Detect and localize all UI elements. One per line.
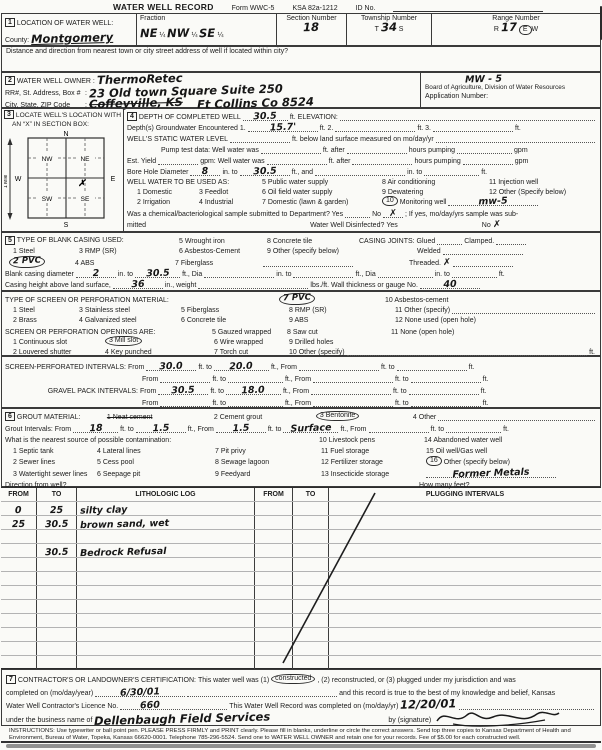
ksa-statute: KSA 82a-1212: [292, 5, 337, 12]
use-option-9: 9 Dewatering: [382, 189, 487, 196]
blank: [378, 271, 433, 278]
distance-box: Distance and direction from nearest town…: [1, 46, 601, 72]
openings-option-7: 7 Torch cut: [214, 349, 287, 356]
ft-to: ft. to: [431, 426, 445, 433]
use-option-3: 3 Feedlot: [199, 189, 260, 196]
ft-unit: ft.: [503, 426, 509, 433]
use-option-11: 11 Injection well: [489, 179, 538, 186]
blank: [228, 400, 283, 407]
contam-option-4: 4 Lateral lines: [97, 448, 213, 455]
use-option-7: 7 Domestic (lawn & garden): [262, 199, 380, 206]
in-to: in. to: [276, 271, 291, 278]
completed-date-blank: 6/30/01: [95, 690, 185, 697]
section6-number: 6: [5, 412, 15, 421]
depth-row: 4DEPTH OF COMPLETED WELL30.5ft.ELEVATION…: [127, 110, 597, 121]
grout-title: GROUT MATERIAL:: [17, 414, 105, 421]
casing-row-1: 5 TYPE OF BLANK CASING USED:5 Wrought ir…: [5, 234, 597, 245]
section-depth: 4DEPTH OF COMPLETED WELL30.5ft.ELEVATION…: [123, 108, 601, 232]
no-label: No: [482, 222, 491, 229]
bore-dia-value: 8: [202, 166, 209, 176]
from: From: [142, 376, 158, 383]
blank: [411, 376, 481, 383]
licence-blank: 660: [120, 703, 180, 710]
fraction-cell: Fraction NE¼NW¼SE¼: [136, 14, 276, 45]
hours-pumping: hours pumping: [409, 147, 455, 154]
static-level-suffix: ft. below land surface measured on mo/da…: [292, 136, 434, 143]
log-header-from: FROM: [1, 488, 37, 501]
ft-after: ft. after: [323, 147, 345, 154]
application-number-label: Application Number:: [425, 93, 596, 100]
casing-option-8: 8 Concrete tile: [267, 238, 357, 245]
openings-title: SCREEN OR PERFORATION OPENINGS ARE:: [5, 329, 210, 336]
contamination-question-row: What is the nearest source of possible c…: [5, 433, 597, 444]
screen-option-12: 12 None used (open hole): [395, 317, 476, 324]
static-level-label: WELL'S STATIC WATER LEVEL: [127, 136, 228, 143]
casing-option-6: 6 Asbestos-Cement: [179, 248, 265, 255]
county-value: Montgomery: [31, 31, 113, 45]
groundwater-label: Depth(s) Groundwater Encountered: [127, 125, 238, 132]
use-option-5: 5 Public water supply: [262, 179, 380, 186]
ft-unit: ft.: [483, 376, 489, 383]
casing-option-3: 3 RMP (SR): [79, 248, 177, 255]
licence-label: Water Well Contractor's Licence No.: [6, 703, 118, 710]
blank: [347, 147, 407, 154]
blank: [160, 400, 210, 407]
sample-no-mark: ✗: [389, 208, 397, 218]
ft-to: ft. to: [395, 376, 409, 383]
contam-option-10: 10 Livestock pens: [319, 437, 422, 444]
in-to: in. to: [118, 271, 133, 278]
blank: [463, 158, 513, 165]
screen-material-title: TYPE OF SCREEN OR PERFORATION MATERIAL:: [5, 297, 277, 304]
range-r: R: [494, 26, 499, 33]
screen-option-4: 4 Galvanized steel: [79, 317, 179, 324]
yield-mid: gpm: Well water was: [200, 158, 264, 165]
section-number-value: 18: [303, 22, 319, 34]
log-row-1: 025silty clay: [1, 501, 601, 515]
sample-no-blank: ✗: [383, 211, 403, 218]
grout-intervals-row: Grout Intervals: From18ft. to1.5ft., Fro…: [5, 421, 597, 433]
bore-hole-label: Bore Hole Diameter: [127, 169, 188, 176]
quarter-glyph: ¼: [159, 32, 165, 39]
openings-row-1: SCREEN OR PERFORATION OPENINGS ARE:5 Gau…: [5, 324, 597, 336]
hours-pumping: hours pumping: [414, 158, 460, 165]
yield-label: Est. Yield: [127, 158, 156, 165]
bore-depth-value: 30.5: [253, 166, 277, 176]
openings-option-3-circled: 3 Mill slot: [105, 336, 142, 346]
blank: [299, 364, 379, 371]
casing-option-9: 9 Other (specify below): [267, 248, 357, 255]
well-x-mark: ✗: [78, 178, 87, 188]
blank: [438, 414, 595, 421]
use-row-2: 1 Domestic3 Feedlot6 Oil field water sup…: [127, 186, 597, 196]
yes-label: Yes: [386, 222, 397, 229]
map-east-label: E: [111, 176, 116, 183]
map-nw-label: NW: [42, 156, 54, 163]
ft-to: ft. to: [393, 388, 407, 395]
range-east-circled: E: [519, 25, 532, 35]
ft-from: ft., From: [271, 364, 297, 371]
blank: [198, 282, 308, 289]
screen-option-8: 8 RMP (SR): [289, 307, 393, 314]
map-north-label: N: [63, 131, 68, 138]
blank: [340, 114, 595, 121]
casing-height-row: Casing height above land surface,36in., …: [5, 278, 597, 289]
blank: [369, 426, 429, 433]
cert-text-1: This water well was (1): [198, 677, 269, 684]
use-option-2: 2 Irrigation: [137, 199, 197, 206]
elevation-label: ELEVATION:: [298, 114, 338, 121]
pump-test-label: Pump test data: Well water was: [161, 147, 259, 154]
sample-row: Was a chemical/bacteriological sample su…: [127, 206, 597, 218]
casing-row-2: 1 Steel3 RMP (SR)6 Asbestos-Cement9 Othe…: [5, 245, 597, 255]
owner-label: WATER WELL OWNER :: [17, 78, 95, 85]
contamination-row-1: 1 Septic tank4 Lateral lines7 Pit privy1…: [5, 444, 597, 455]
gpm-unit: gpm: [514, 147, 528, 154]
blank: [313, 400, 393, 407]
business-name-value: Dellenbaugh Field Services: [94, 709, 324, 727]
casing-option-1: 1 Steel: [13, 248, 77, 255]
casing-len-value: 30.5: [146, 268, 170, 278]
use-title: WELL WATER TO BE USED AS:: [127, 179, 260, 186]
ft-unit: ft.: [483, 400, 489, 407]
grout-option-4: 4 Other: [413, 414, 436, 421]
casing-joints-label: CASING JOINTS: Glued: [359, 238, 435, 245]
contamination-row-2: 2 Sewer lines5 Cess pool8 Sewage lagoon1…: [5, 455, 597, 466]
yield-row: Est. Yieldgpm: Well water wasft. afterho…: [127, 154, 597, 165]
range-west: W: [532, 26, 539, 33]
gp-to-value: 18.0: [242, 385, 266, 395]
form-number: Form WWC-5: [232, 5, 275, 12]
blank: [267, 158, 327, 165]
use-option-10-label: Monitoring well: [400, 199, 447, 206]
ft-dia: ft., Dia: [355, 271, 375, 278]
section-owner: 2WATER WELL OWNER :ThermoRetec RR#, St. …: [1, 72, 601, 108]
section-map-box: 3LOCATE WELL'S LOCATION WITH AN “X” IN S…: [1, 108, 124, 232]
ft-from: ft., From: [340, 426, 366, 433]
gw1-value: 15.7': [269, 122, 296, 132]
casing-dia-value: 2: [92, 268, 99, 278]
blank: [446, 426, 501, 433]
ft-unit: ft.: [481, 169, 487, 176]
ft-unit: ft.: [515, 125, 521, 132]
blank: [453, 260, 513, 267]
openings-option-5: 5 Gauzed wrapped: [212, 329, 285, 336]
log-to: 30.5: [45, 519, 69, 529]
contam-option-8: 8 Sewage lagoon: [215, 459, 319, 466]
ft-unit: ft.: [469, 364, 475, 371]
cert-row-1: 7CONTRACTOR'S OR LANDOWNER'S CERTIFICATI…: [6, 672, 596, 684]
screen-material-row-2: 1 Steel3 Stainless steel5 Fiberglass8 RM…: [5, 304, 597, 314]
ft-from: ft., From: [285, 400, 311, 407]
gravel-pack-row-2: Fromft. toft., Fromft. toft.: [5, 395, 597, 407]
log-row-9: [1, 613, 601, 627]
casing-option-7: 7 Fiberglass: [175, 260, 261, 267]
contam-option-16-label: Other (specify below): [444, 459, 510, 466]
log-row-8: [1, 599, 601, 613]
range-value: 17: [501, 22, 517, 34]
ft-to: ft. to: [268, 426, 282, 433]
township-s: S: [399, 26, 404, 33]
log-row-12: [1, 655, 601, 669]
screen-option-2: 2 Brass: [13, 317, 77, 324]
use-option-6: 6 Oil field water supply: [262, 189, 380, 196]
section2-number: 2: [5, 76, 15, 85]
screen-intervals-row-1: SCREEN-PERFORATED INTERVALS:From30.0ft. …: [5, 359, 597, 371]
gw1-label: 1.: [240, 125, 246, 132]
blank: [230, 136, 290, 143]
scan-edge-bottom: [6, 744, 596, 748]
from: From: [140, 388, 156, 395]
in-to: in. to: [222, 169, 237, 176]
ft-from: ft., From: [188, 426, 214, 433]
gpm-unit: gpm: [515, 158, 529, 165]
openings-option-6: 6 Wire wrapped: [214, 339, 287, 346]
blank: [311, 388, 391, 395]
address-label: RR#, St. Address, Box #: [5, 90, 83, 97]
section7-number: 7: [6, 675, 16, 684]
disinfected-label: Water Well Disinfected?: [310, 222, 384, 229]
disinfected-row: mittedWater Well Disinfected?YesNo✗: [127, 218, 597, 229]
blank: [313, 376, 393, 383]
log-row-10: [1, 627, 601, 641]
screen-material-row-3: 2 Brass4 Galvanized steel6 Concrete tile…: [5, 314, 597, 324]
use-option-1: 1 Domestic: [137, 189, 197, 196]
log-row-4: 30.5Bedrock Refusal: [1, 543, 601, 557]
log-desc: silty clay: [80, 505, 128, 516]
ft-and: ft., and: [292, 169, 313, 176]
contam-option-11: 11 Fuel storage: [321, 448, 424, 455]
openings-option-8: 8 Saw cut: [287, 329, 389, 336]
signature-label: by (signature): [388, 717, 431, 724]
grout-option-1-struck: 1 Neat cement: [107, 414, 212, 421]
monitoring-id-value: mw-5: [479, 196, 509, 207]
log-desc: Bedrock Refusal: [80, 546, 167, 558]
casing-height-label: Casing height above land surface,: [5, 282, 111, 289]
openings-row-2: 1 Continuous slot3 Mill slot6 Wire wrapp…: [5, 336, 597, 346]
contam-option-15: 15 Oil well/Gas well: [426, 448, 487, 455]
section4-number: 4: [127, 112, 137, 121]
use-option-4: 4 Industrial: [199, 199, 260, 206]
ft-from: ft., From: [283, 388, 309, 395]
grout-material-row: 6GROUT MATERIAL:1 Neat cement2 Cement gr…: [5, 410, 597, 421]
grout-intervals-label: Grout Intervals: From: [5, 426, 71, 433]
distance-question: Distance and direction from nearest town…: [6, 48, 288, 55]
contam-option-9: 9 Feedyard: [215, 471, 319, 478]
gw3-label: ft. 3.: [417, 125, 431, 132]
blank: [315, 169, 405, 176]
blank: [457, 147, 512, 154]
blank: [158, 158, 198, 165]
from: From: [128, 364, 144, 371]
ft-unit: ft.: [589, 349, 595, 356]
screen-intervals-label: SCREEN-PERFORATED INTERVALS:: [5, 364, 126, 371]
blank: [443, 248, 523, 255]
fraction-label: Fraction: [140, 15, 273, 22]
log-row-6: [1, 571, 601, 585]
static-level-row: WELL'S STATIC WATER LEVELft. below land …: [127, 132, 597, 143]
use-option-8: 8 Air conditioning: [382, 179, 487, 186]
gp-to-blank: 18.0: [226, 388, 281, 395]
blank: [228, 376, 283, 383]
section-casing: 5 TYPE OF BLANK CASING USED:5 Wrought ir…: [1, 232, 601, 291]
ft-to: ft. to: [210, 388, 224, 395]
bore-dia-blank: 8: [190, 169, 220, 176]
gravel-pack-label: GRAVEL PACK INTERVALS:: [5, 388, 138, 395]
fraction-2: NW: [167, 27, 190, 39]
blank: [160, 376, 210, 383]
quarter-glyph: ¼: [192, 32, 198, 39]
instructions-line-1: INSTRUCTIONS: Use typewriter or ball poi…: [9, 728, 593, 735]
openings-option-4: 4 Key punched: [105, 349, 212, 356]
blank: [261, 147, 321, 154]
cert-row-2: completed on (mo/day/year)6/30/01and thi…: [6, 684, 596, 697]
blank: [433, 125, 513, 132]
section-grout: 6GROUT MATERIAL:1 Neat cement2 Cement gr…: [1, 408, 601, 487]
contamination-question: What is the nearest source of possible c…: [5, 437, 317, 444]
casing-option-4: 4 ABS: [75, 260, 173, 267]
township-cell: Township Number T 34 S: [346, 14, 431, 45]
fraction-3: SE: [199, 27, 215, 39]
contam-option-13: 13 Insecticide storage: [321, 471, 424, 478]
log-from: 25: [12, 519, 25, 529]
welded-label: Welded: [417, 248, 441, 255]
map-se-label: SE: [81, 196, 90, 203]
casing-option-2-circled: 2 PVC: [9, 255, 45, 267]
contam-other-value: Former Metals: [452, 467, 529, 479]
township-value: 34: [381, 22, 397, 34]
log-row-5: [1, 557, 601, 571]
lithologic-log-table: FROM TO LITHOLOGIC LOG FROM TO PLUGGING …: [1, 487, 601, 669]
blank: [409, 388, 479, 395]
instructions-footer: INSTRUCTIONS: Use typewriter or ball poi…: [1, 726, 601, 743]
section1-title: LOCATION OF WATER WELL:: [17, 20, 113, 27]
weight-label: in., weight: [165, 282, 197, 289]
ft-unit: ft.: [481, 388, 487, 395]
map-ne-label: NE: [80, 156, 90, 163]
sp-to-value: 20.0: [230, 361, 254, 371]
ft-to: ft. to: [212, 400, 226, 407]
groundwater-row: Depth(s) Groundwater Encountered1.15.7'f…: [127, 121, 597, 132]
casing-diameter-row: Blank casing diameter2in. to30.5ft., Dia…: [5, 267, 597, 278]
blank: [424, 169, 479, 176]
contam-option-7: 7 Pit privy: [215, 448, 319, 455]
ft-from: ft., From: [285, 376, 311, 383]
map-sw-label: SW: [42, 196, 53, 203]
screen-option-7-circled: 7 PVC: [279, 292, 315, 304]
map-west-label: W: [15, 176, 22, 183]
log-row-7: [1, 585, 601, 599]
colon: :: [85, 90, 87, 97]
from: From: [142, 400, 158, 407]
grout3-blank: 1.5: [216, 426, 266, 433]
range-cell: Range Number R 17 EW: [431, 14, 600, 45]
completed-on-label: completed on (mo/day/year): [6, 690, 93, 697]
blank: [452, 307, 595, 314]
clamped-label: Clamped.: [464, 238, 494, 245]
grout2-blank: 1.5: [136, 426, 186, 433]
contam-option-14: 14 Abandoned water well: [424, 437, 502, 444]
log-desc: brown sand, wet: [80, 518, 169, 530]
log-to: 30.5: [45, 547, 69, 557]
grout-option-2: 2 Cement grout: [214, 414, 314, 421]
blank: [496, 238, 526, 245]
record-date-value: 12/20/01: [400, 698, 457, 711]
openings-row-3: 2 Louvered shutter4 Key punched7 Torch c…: [5, 346, 597, 356]
casing-dia-blank: 2: [76, 271, 116, 278]
log-header-row: FROM TO LITHOLOGIC LOG FROM TO PLUGGING …: [1, 488, 601, 501]
section5-number: 5: [5, 236, 15, 245]
no-label: No: [372, 211, 381, 218]
log-header-to: TO: [37, 488, 77, 501]
log-header-log: LITHOLOGIC LOG: [77, 488, 255, 501]
business-name-label: under the business name of: [6, 717, 92, 724]
contamination-row-3: 3 Watertight sewer lines6 Seepage pit9 F…: [5, 466, 597, 478]
grout4-blank: Surface: [283, 426, 338, 433]
cert-title: CONTRACTOR'S OR LANDOWNER'S CERTIFICATIO…: [18, 677, 196, 684]
cert-text-2: , (2) reconstructed, or (3) plugged unde…: [317, 677, 515, 684]
form-header: WATER WELL RECORD Form WWC-5 KSA 82a-121…: [0, 2, 602, 12]
casing-height-value: 36: [131, 279, 145, 289]
bore-hole-row: Bore Hole Diameter8in. to30.5ft., andin.…: [127, 165, 597, 176]
quarter-glyph: ¼: [218, 32, 224, 39]
use-option-10-circled: 10: [382, 196, 398, 206]
log-header-to2: TO: [293, 488, 329, 501]
contam-other-blank: Former Metals: [426, 471, 556, 478]
openings-option-9: 9 Drilled holes: [289, 339, 333, 346]
gp-from-value: 30.5: [171, 385, 195, 395]
screen-option-5: 5 Fiberglass: [181, 307, 287, 314]
log-row-11: [1, 641, 601, 655]
grout-option-3-circled: 3 Bentonite: [316, 411, 359, 421]
mitted-label: mitted: [127, 222, 146, 229]
screen-option-3: 3 Stainless steel: [79, 307, 179, 314]
blank: [345, 211, 370, 218]
gw1-blank: 15.7': [248, 125, 318, 132]
blank: [187, 690, 337, 697]
section3-number: 3: [4, 110, 14, 119]
gp-from-blank: 30.5: [158, 388, 208, 395]
in-to: in. to: [407, 169, 422, 176]
openings-option-2: 2 Louvered shutter: [13, 349, 103, 356]
openings-option-11: 11 None (open hole): [391, 329, 454, 336]
threaded-label: Threaded.: [409, 260, 441, 267]
casing-diameter-label: Blank casing diameter: [5, 271, 74, 278]
screen-option-1: 1 Steel: [13, 307, 77, 314]
blank: [437, 238, 462, 245]
ft-to: ft. to: [395, 400, 409, 407]
bore-depth-blank: 30.5: [240, 169, 290, 176]
screen-intervals-row-2: Fromft. toft., Fromft. toft.: [5, 371, 597, 383]
instructions-line-2: Environment, Bureau of Water, Topeka, Ka…: [9, 735, 593, 742]
screen-option-10: 10 Asbestos-cement: [385, 297, 448, 304]
ft-dia: ft., Dia: [182, 271, 202, 278]
blank: [397, 364, 467, 371]
sp-to-blank: 20.0: [214, 364, 269, 371]
section-location: 1LOCATION OF WATER WELL: County:Montgome…: [1, 13, 601, 46]
blank: [335, 125, 415, 132]
log-from: 0: [15, 505, 22, 515]
ft-to: ft. to: [212, 376, 226, 383]
log-to: 25: [50, 505, 63, 515]
contam-option-1: 1 Septic tank: [13, 448, 95, 455]
grout1-blank: 18: [73, 426, 118, 433]
section-screen: TYPE OF SCREEN OR PERFORATION MATERIAL:7…: [1, 291, 601, 356]
section-certification: 7CONTRACTOR'S OR LANDOWNER'S CERTIFICATI…: [1, 669, 601, 726]
use-row-1: WELL WATER TO BE USED AS:5 Public water …: [127, 176, 597, 186]
casing-height-blank: 36: [113, 282, 163, 289]
gw2-label: ft. 2.: [320, 125, 334, 132]
